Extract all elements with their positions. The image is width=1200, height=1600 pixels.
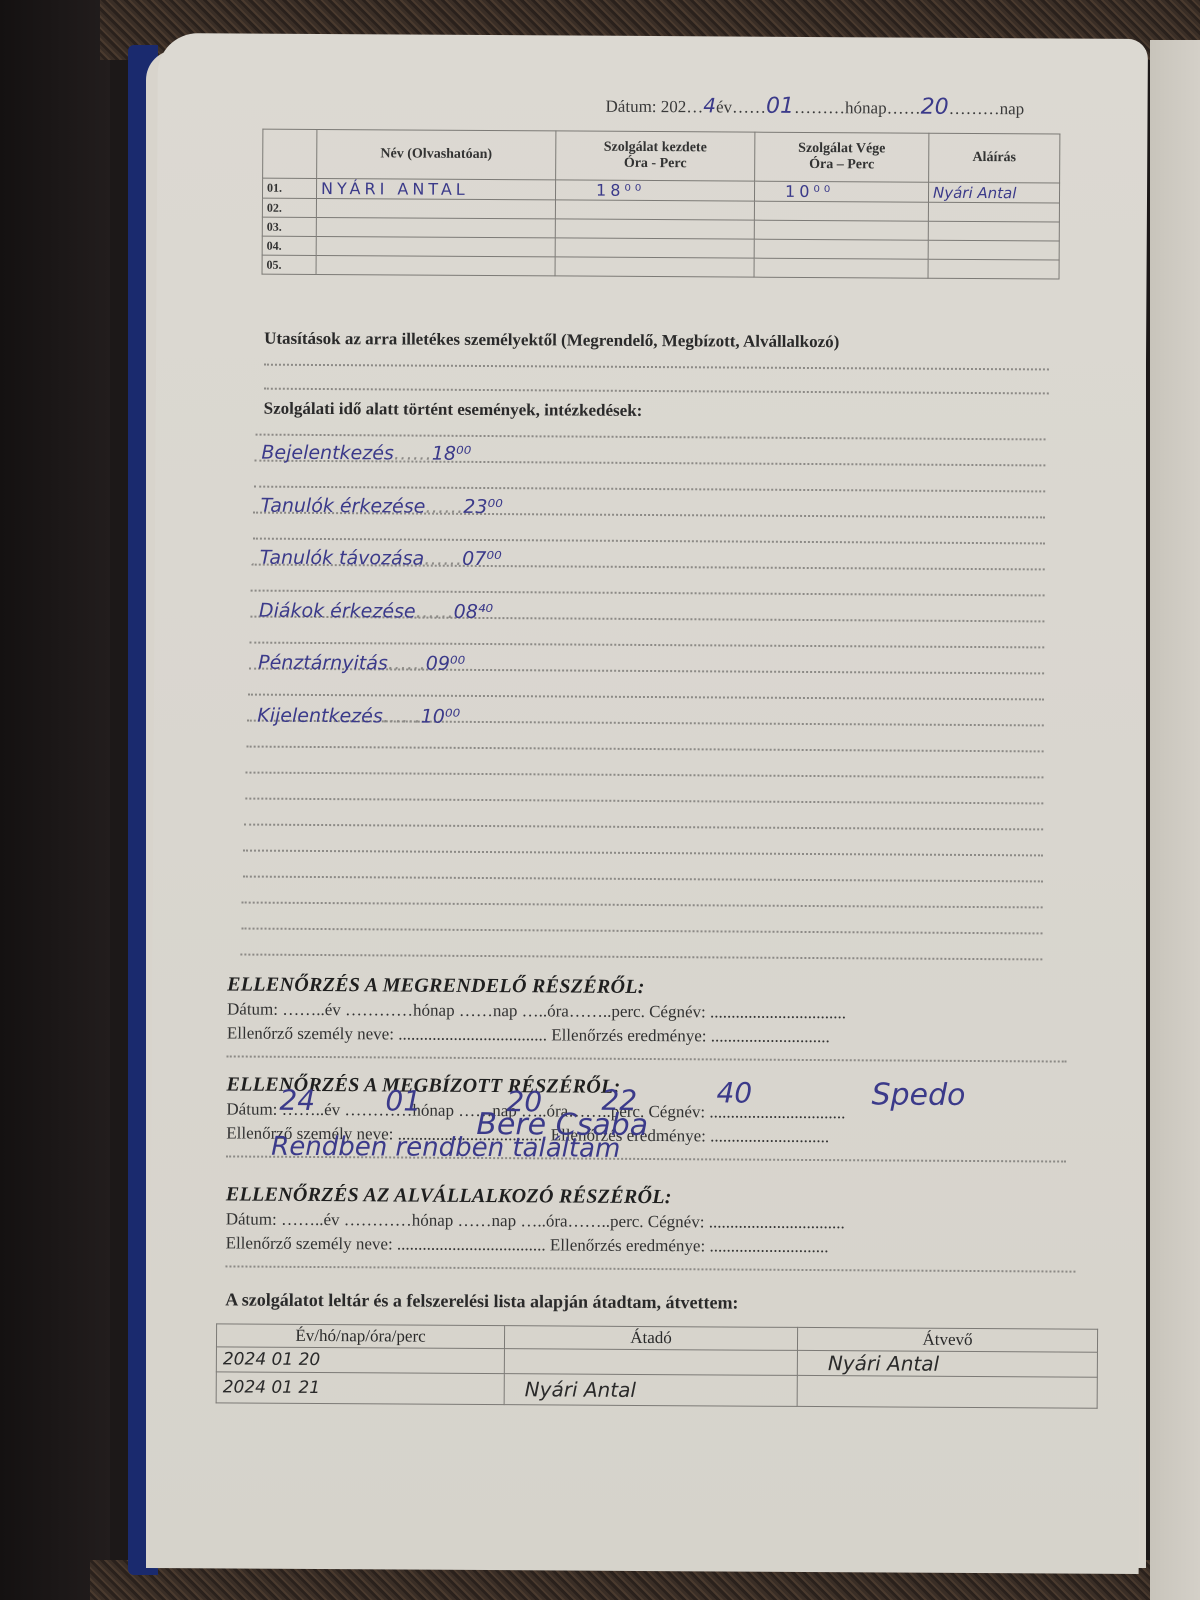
agent-result-hand: Rendben rendben találtam xyxy=(271,1132,620,1164)
date-month-hand: 01 xyxy=(766,94,794,119)
header-start: Szolgálat kezdeteÓra - Perc xyxy=(556,131,755,181)
date-header: Dátum: 202…4év……01………hónap……20………nap xyxy=(605,93,1024,121)
handover-table: Év/hó/nap/óra/perc Átadó Átvevő 2024 01 … xyxy=(216,1323,1098,1408)
event-time: 08⁴⁰ xyxy=(454,600,494,622)
event-time: 07⁰⁰ xyxy=(462,548,502,570)
event-text: Pénztárnyitás xyxy=(258,652,388,675)
event-time: 10⁰⁰ xyxy=(421,705,461,727)
date-year-hand: 4 xyxy=(703,93,716,117)
start-cell[interactable]: 18⁰⁰ xyxy=(555,180,754,201)
handover-giver-cell[interactable]: Nyári Antal xyxy=(504,1374,797,1407)
header-receiver: Átvevő xyxy=(797,1327,1097,1352)
event-entry[interactable]: Bejelentkezés……18⁰⁰ xyxy=(261,442,471,465)
date-label: Dátum: 202 xyxy=(606,97,687,116)
dotted-line xyxy=(249,640,1044,649)
event-text: Tanulók távozása xyxy=(260,547,425,570)
agent-year-hand: 24 xyxy=(279,1084,315,1117)
instructions-heading: Utasítások az arra illetékes személyektő… xyxy=(264,329,839,353)
dotted-line xyxy=(240,952,1042,961)
dotted-line xyxy=(246,770,1044,779)
start-cell[interactable] xyxy=(555,238,754,258)
event-time: 09⁰⁰ xyxy=(426,653,466,675)
agent-minute-hand: 40 xyxy=(716,1076,752,1109)
header-end: Szolgálat VégeÓra – Perc xyxy=(755,132,929,182)
signature-cell[interactable] xyxy=(928,259,1059,279)
dotted-line xyxy=(242,900,1043,909)
handover-receiver-cell[interactable]: Nyári Antal xyxy=(797,1350,1097,1377)
dotted-line xyxy=(244,822,1043,831)
table-row: 05. xyxy=(262,255,1059,279)
shift-table-header: Név (Olvashatóan) Szolgálat kezdeteÓra -… xyxy=(263,129,1060,183)
event-time: 23⁰⁰ xyxy=(463,495,503,517)
start-cell[interactable] xyxy=(555,257,754,277)
header-signature: Aláírás xyxy=(929,133,1060,183)
day-label: nap xyxy=(1000,99,1025,118)
dotted-line xyxy=(264,362,1049,371)
end-cell[interactable]: 10⁰⁰ xyxy=(754,181,928,202)
event-text: Tanulók érkezése xyxy=(261,494,426,517)
event-entry[interactable]: Tanulók távozása……07⁰⁰ xyxy=(260,547,502,570)
agent-month-hand: 01 xyxy=(385,1084,421,1117)
end-cell[interactable] xyxy=(754,239,928,259)
name-cell[interactable] xyxy=(316,255,555,275)
dotted-line xyxy=(248,692,1044,701)
check-client-person-line[interactable]: Ellenőrző személy neve: ................… xyxy=(227,1023,830,1047)
handover-heading: A szolgálatot leltár és a felszerelési l… xyxy=(225,1289,738,1313)
year-label: év xyxy=(716,97,732,116)
end-cell[interactable] xyxy=(754,201,928,221)
check-subcontractor-date-line[interactable]: Dátum: ……..év …………hónap ……nap …..óra……..… xyxy=(226,1209,845,1233)
date-day-hand: 20 xyxy=(921,95,949,120)
name-cell[interactable]: NYÁRI ANTAL xyxy=(316,178,555,199)
event-entry[interactable]: Tanulók érkezése……23⁰⁰ xyxy=(261,494,503,517)
dotted-line xyxy=(253,536,1045,545)
dotted-line xyxy=(241,926,1042,935)
handover-date-cell[interactable]: 2024 01 21 xyxy=(216,1372,504,1405)
dotted-line xyxy=(246,744,1043,753)
start-cell[interactable] xyxy=(555,219,754,239)
background-dark xyxy=(0,0,110,1600)
dotted-line xyxy=(251,588,1045,597)
start-cell[interactable] xyxy=(555,200,754,220)
dotted-line xyxy=(264,386,1049,395)
event-text: Kijelentkezés xyxy=(257,704,383,727)
dotted-line xyxy=(254,484,1045,493)
handover-receiver-cell[interactable] xyxy=(797,1375,1097,1408)
dotted-line xyxy=(243,874,1043,883)
agent-company-hand: Spedo xyxy=(871,1077,965,1113)
table-row: 2024 01 21 Nyári Antal xyxy=(216,1372,1097,1408)
handover-date-cell[interactable]: 2024 01 20 xyxy=(216,1347,504,1374)
event-entry[interactable]: Diákok érkezése……08⁴⁰ xyxy=(259,599,493,622)
name-cell[interactable] xyxy=(316,198,555,218)
event-entry[interactable]: Pénztárnyitás……09⁰⁰ xyxy=(258,652,465,675)
check-client-heading: ELLENŐRZÉS A MEGRENDELŐ RÉSZÉRŐL: xyxy=(227,973,645,999)
handover-giver-cell[interactable] xyxy=(504,1349,797,1376)
events-heading: Szolgálati idő alatt történt események, … xyxy=(264,399,643,421)
signature-cell[interactable]: Nyári Antal xyxy=(928,182,1059,203)
end-cell[interactable] xyxy=(754,220,928,240)
dotted-line xyxy=(227,1053,1067,1062)
dotted-line xyxy=(225,1263,1075,1272)
name-cell[interactable] xyxy=(316,236,555,256)
dotted-line xyxy=(243,848,1043,857)
logbook-page: Dátum: 202…4év……01………hónap……20………nap Név… xyxy=(149,33,1148,1574)
signature-cell[interactable] xyxy=(928,202,1059,222)
event-time: 18⁰⁰ xyxy=(432,443,472,465)
name-cell[interactable] xyxy=(316,217,555,237)
header-num xyxy=(263,129,317,178)
header-name: Név (Olvashatóan) xyxy=(317,129,556,179)
event-entry[interactable]: Kijelentkezés……10⁰⁰ xyxy=(257,704,460,727)
check-subcontractor-person-line[interactable]: Ellenőrző személy neve: ................… xyxy=(226,1233,829,1257)
signature-cell[interactable] xyxy=(928,240,1059,260)
header-giver: Átadó xyxy=(504,1326,797,1351)
header-date: Év/hó/nap/óra/perc xyxy=(216,1324,504,1349)
month-label: hónap xyxy=(845,98,887,117)
end-cell[interactable] xyxy=(754,258,928,278)
event-text: Diákok érkezése xyxy=(259,599,416,622)
event-text: Bejelentkezés xyxy=(261,442,394,465)
signature-cell[interactable] xyxy=(928,221,1059,241)
dotted-line xyxy=(245,796,1043,805)
dotted-line xyxy=(256,432,1046,441)
check-client-date-line[interactable]: Dátum: ……..év …………hónap ……nap …..óra……..… xyxy=(227,999,846,1023)
check-subcontractor-heading: ELLENŐRZÉS AZ ALVÁLLALKOZÓ RÉSZÉRŐL: xyxy=(226,1183,672,1209)
shift-table: Név (Olvashatóan) Szolgálat kezdeteÓra -… xyxy=(262,129,1061,280)
facing-page xyxy=(1150,40,1200,1600)
